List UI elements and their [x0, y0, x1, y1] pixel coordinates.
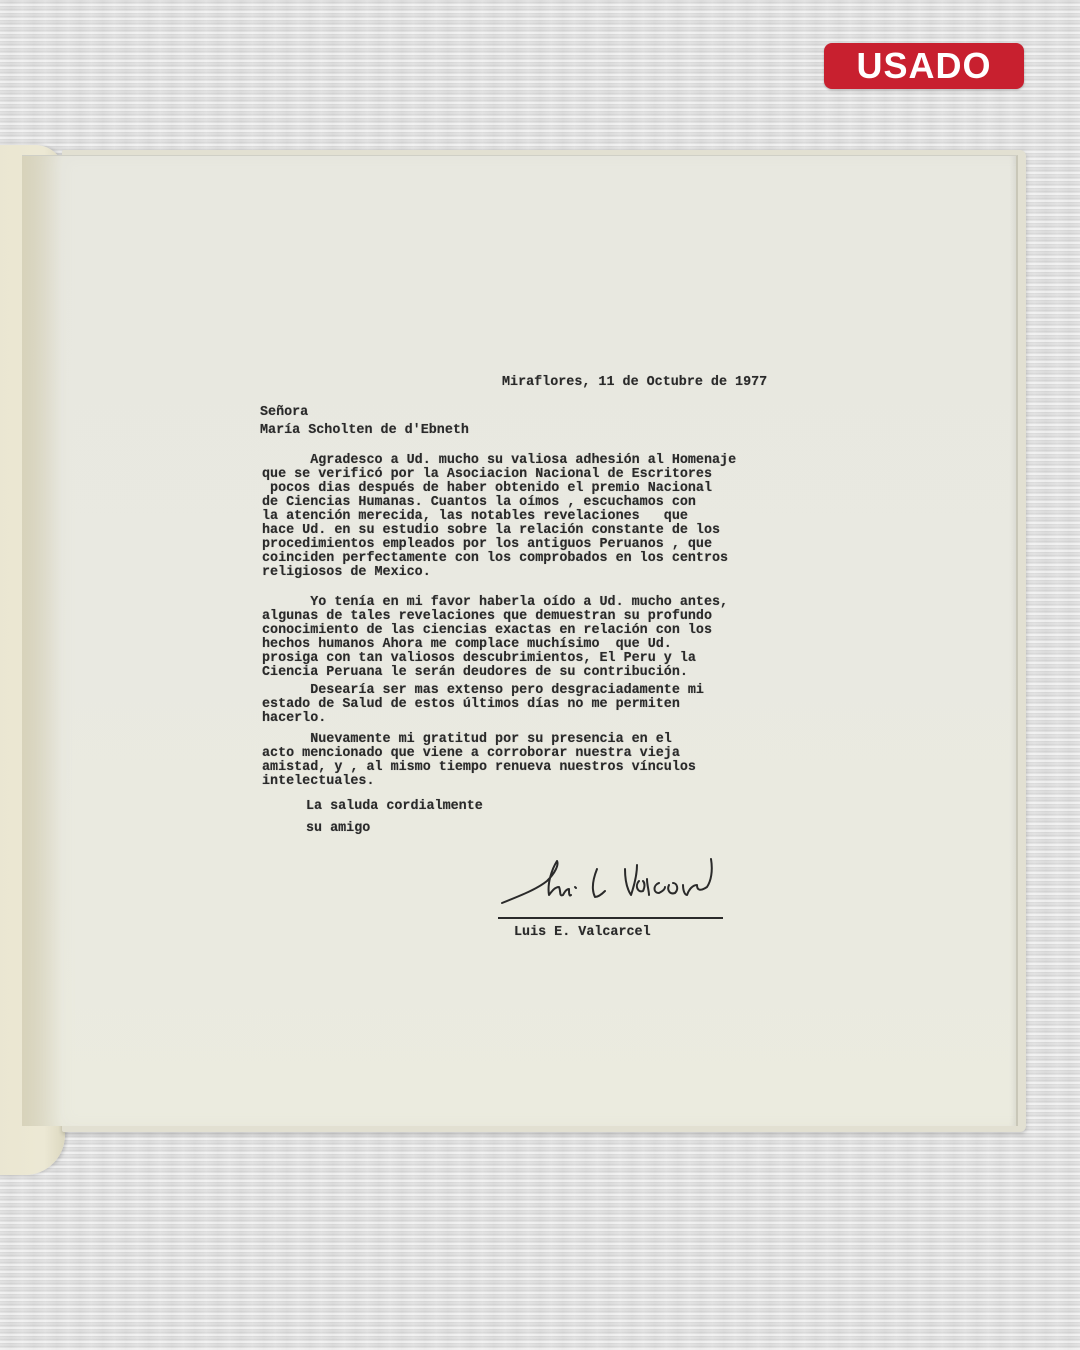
letter-closing-2: su amigo: [306, 822, 370, 836]
letter-paragraph-2: Yo tenía en mi favor haberla oído a Ud. …: [262, 596, 822, 680]
paragraph-line: que se verificó por la Asociacion Nacion…: [262, 468, 822, 482]
letter-paragraph-1: Agradesco a Ud. mucho su valiosa adhesió…: [262, 454, 822, 580]
paragraph-line: algunas de tales revelaciones que demues…: [262, 610, 822, 624]
paragraph-line: Nuevamente mi gratitud por su presencia …: [262, 733, 822, 747]
handwritten-signature-icon: [497, 851, 727, 913]
letter-closing: La saluda cordialmente: [306, 800, 483, 814]
paragraph-line: estado de Salud de estos últimos días no…: [262, 698, 822, 712]
paragraph-line: Agradesco a Ud. mucho su valiosa adhesió…: [262, 454, 822, 468]
paragraph-line: de Ciencias Humanas. Cuantos la oímos , …: [262, 496, 822, 510]
paragraph-line: intelectuales.: [262, 775, 822, 789]
typed-letter: Miraflores, 11 de Octubre de 1977 Señora…: [22, 156, 1016, 1126]
paragraph-line: Ciencia Peruana le serán deudores de su …: [262, 666, 822, 680]
paragraph-line: religiosos de Mexico.: [262, 566, 822, 580]
paragraph-line: hacerlo.: [262, 712, 822, 726]
paragraph-line: pocos dias después de haber obtenido el …: [262, 482, 822, 496]
paragraph-line: procedimientos empleados por los antiguo…: [262, 538, 822, 552]
paragraph-line: Desearía ser mas extenso pero desgraciad…: [262, 684, 822, 698]
paragraph-line: amistad, y , al mismo tiempo renueva nue…: [262, 761, 822, 775]
paragraph-line: la atención merecida, las notables revel…: [262, 510, 822, 524]
paragraph-line: Yo tenía en mi favor haberla oído a Ud. …: [262, 596, 822, 610]
paragraph-line: hace Ud. en su estudio sobre la relación…: [262, 524, 822, 538]
letter-page: Miraflores, 11 de Octubre de 1977 Señora…: [22, 155, 1018, 1126]
letter-place-date: Miraflores, 11 de Octubre de 1977: [502, 376, 767, 390]
letter-salutation: Señora: [260, 406, 308, 420]
condition-badge: USADO: [824, 43, 1024, 89]
paragraph-line: coinciden perfectamente con los comproba…: [262, 552, 822, 566]
letter-paragraph-3: Desearía ser mas extenso pero desgraciad…: [262, 684, 822, 726]
paragraph-line: prosiga con tan valiosos descubrimientos…: [262, 652, 822, 666]
paragraph-line: conocimiento de las ciencias exactas en …: [262, 624, 822, 638]
signature-line: [498, 917, 723, 919]
paragraph-line: hechos humanos Ahora me complace muchísi…: [262, 638, 822, 652]
letter-paragraph-4: Nuevamente mi gratitud por su presencia …: [262, 733, 822, 789]
letter-signer-name: Luis E. Valcarcel: [514, 926, 651, 940]
paragraph-line: acto mencionado que viene a corroborar n…: [262, 747, 822, 761]
letter-recipient: María Scholten de d'Ebneth: [260, 424, 469, 438]
